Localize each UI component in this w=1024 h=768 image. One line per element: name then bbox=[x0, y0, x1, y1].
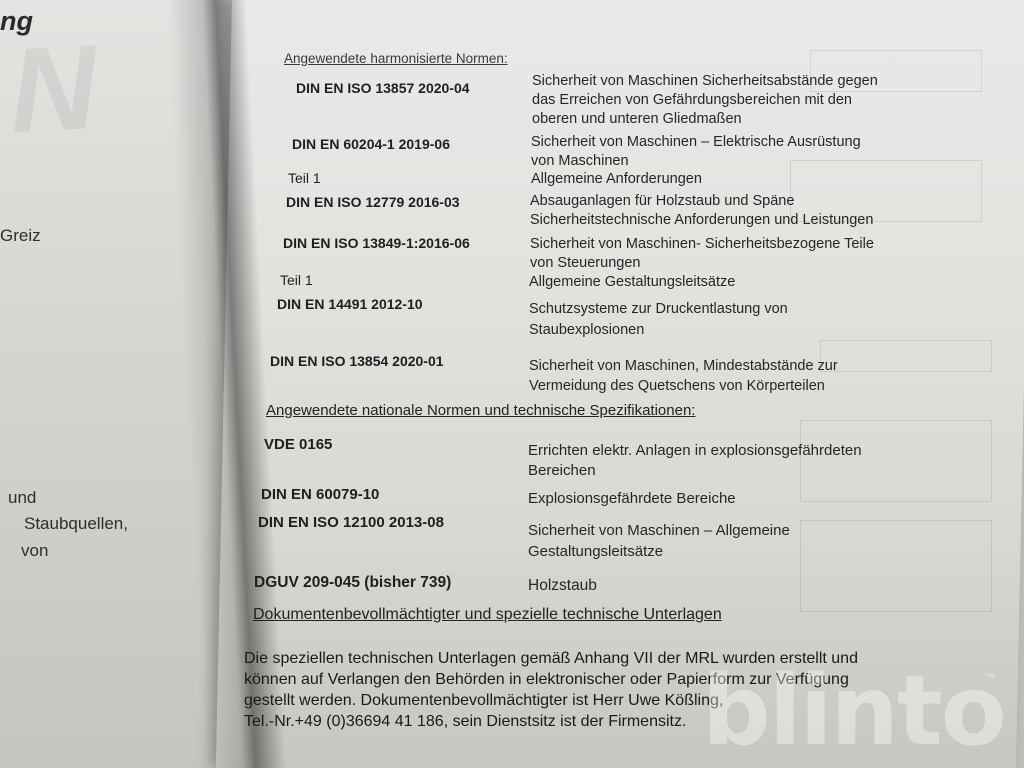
description-line: Staubexplosionen bbox=[529, 320, 788, 341]
description-line: Vermeidung des Quetschens von Körperteil… bbox=[529, 376, 838, 396]
left-page-title-fragment: ng bbox=[0, 6, 33, 37]
standard-description: Absauganlagen für Holzstaub und Späne Si… bbox=[530, 192, 873, 230]
left-page-text-und-word: und bbox=[8, 488, 36, 507]
standard-description: Explosionsgefährdete Bereiche bbox=[528, 489, 736, 508]
watermark-logo: blinto bbox=[702, 655, 1005, 767]
description-line: Absauganlagen für Holzstaub und Späne bbox=[530, 192, 873, 211]
standard-description: Sicherheit von Maschinen – Allgemeine Ge… bbox=[528, 520, 790, 562]
standard-code: DIN EN 60204-1 2019-06 bbox=[292, 136, 450, 152]
standard-description: Sicherheit von Maschinen- Sicherheitsbez… bbox=[530, 235, 874, 273]
standard-description: Sicherheit von Maschinen Sicherheitsabst… bbox=[532, 72, 878, 129]
standard-code: DIN EN 14491 2012-10 bbox=[277, 296, 423, 312]
standard-code: DIN EN 60079-10 bbox=[261, 486, 379, 503]
standard-description: Allgemeine Gestaltungsleitsätze bbox=[529, 273, 735, 292]
standard-code: DIN EN ISO 12100 2013-08 bbox=[258, 514, 444, 531]
standard-code: DGUV 209-045 (bisher 739) bbox=[254, 574, 451, 592]
standard-description: Errichten elektr. Anlagen in explosionsg… bbox=[528, 441, 862, 481]
document-photo: N ng Greiz und Staubquellen, von Angewen… bbox=[0, 0, 1024, 768]
watermark-trademark: ™ bbox=[985, 672, 995, 683]
left-page-text-greiz: Greiz bbox=[0, 226, 41, 246]
left-page-text-von: von bbox=[0, 541, 48, 561]
standard-part: Teil 1 bbox=[280, 272, 313, 288]
description-line: Errichten elektr. Anlagen in explosionsg… bbox=[528, 441, 862, 461]
right-page-content: Angewendete harmonisierte Normen: DIN EN… bbox=[232, 0, 1024, 768]
left-page-text-von-word: von bbox=[21, 541, 48, 560]
description-line: das Erreichen von Gefährdungsbereichen m… bbox=[532, 91, 878, 110]
description-line: Holzstaub bbox=[528, 576, 597, 595]
left-page-text-staubquellen: Staubquellen, bbox=[0, 514, 128, 534]
description-line: Allgemeine Gestaltungsleitsätze bbox=[529, 273, 735, 292]
description-line: Sicherheit von Maschinen – Elektrische A… bbox=[531, 133, 861, 152]
description-line: Sicherheit von Maschinen- Sicherheitsbez… bbox=[530, 235, 874, 254]
description-line: oberen und unteren Gliedmaßen bbox=[532, 110, 878, 129]
description-line: Gestaltungsleitsätze bbox=[528, 541, 790, 562]
description-line: Sicherheit von Maschinen – Allgemeine bbox=[528, 520, 790, 541]
description-line: Sicherheit von Maschinen Sicherheitsabst… bbox=[532, 72, 878, 91]
left-page-text-und: und bbox=[0, 488, 36, 508]
standard-description: Schutzsysteme zur Druckentlastung von St… bbox=[529, 299, 788, 341]
standard-code: DIN EN ISO 13857 2020-04 bbox=[296, 80, 470, 96]
show-through-letter: N bbox=[6, 18, 100, 160]
standard-description: Sicherheit von Maschinen – Elektrische A… bbox=[531, 133, 861, 171]
standard-description: Sicherheit von Maschinen, Mindestabständ… bbox=[529, 356, 838, 396]
description-line: Sicherheitstechnische Anforderungen und … bbox=[530, 211, 873, 230]
standard-code: DIN EN ISO 12779 2016-03 bbox=[286, 194, 460, 210]
national-standards-heading: Angewendete nationale Normen und technis… bbox=[266, 402, 695, 419]
description-line: Explosionsgefährdete Bereiche bbox=[528, 489, 736, 508]
standard-part: Teil 1 bbox=[288, 170, 321, 186]
standard-code: VDE 0165 bbox=[264, 436, 332, 453]
standard-code: DIN EN ISO 13849-1:2016-06 bbox=[283, 235, 470, 251]
standard-code: DIN EN ISO 13854 2020-01 bbox=[270, 353, 444, 369]
standard-description: Allgemeine Anforderungen bbox=[531, 170, 702, 189]
documentation-heading: Dokumentenbevollmächtigter und spezielle… bbox=[253, 606, 722, 624]
description-line: Allgemeine Anforderungen bbox=[531, 170, 702, 189]
description-line: von Maschinen bbox=[531, 152, 861, 171]
harmonized-standards-heading: Angewendete harmonisierte Normen: bbox=[284, 51, 508, 66]
description-line: von Steuerungen bbox=[530, 254, 874, 273]
description-line: Bereichen bbox=[528, 461, 862, 481]
left-page-text-staubquellen-word: Staubquellen, bbox=[24, 514, 128, 533]
standard-description: Holzstaub bbox=[528, 576, 597, 595]
description-line: Sicherheit von Maschinen, Mindestabständ… bbox=[529, 356, 838, 376]
description-line: Schutzsysteme zur Druckentlastung von bbox=[529, 299, 788, 320]
